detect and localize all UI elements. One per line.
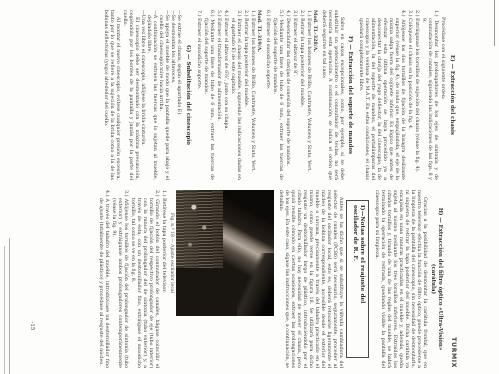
section-h-heading: H) — Extracción del filtro óptico «Ultra… (430, 196, 443, 362)
section-i-boxed-heading: I)—Notas sobre el reajuste del oscilador… (346, 200, 368, 358)
section-g-paragraph: El cinescopio debe ser desmontado con la… (121, 10, 139, 180)
section-f-step: 3.) Extraer el chasis del mueble, siguie… (229, 10, 241, 180)
figure-18-caption: Fig. n.º 18 — Ajuste oscilador local (169, 190, 175, 316)
section-g-heading: G) — Substitución del cinescopio (184, 16, 191, 174)
column-left: E) — Extracción del chasis Procédase con… (101, 10, 459, 180)
section-e-step: 3.) Colóquese el chasis en la posición d… (406, 10, 412, 180)
section-f-step: 2.) Retirar la tapa posterior del mueble… (242, 10, 248, 180)
section-f-step: 5.) Mediante una llave de tubo de 6 mm.,… (271, 10, 283, 180)
section-i-step: 3.) Aflójense los tornillos de fijación … (110, 190, 128, 368)
section-i-step: 4.) A través del taladro del mueble, int… (97, 190, 109, 368)
section-f-step: 5.) Extraer el transformador de alimenta… (215, 10, 221, 180)
column-right: H) — Extracción del filtro óptico «Ultra… (96, 190, 459, 368)
section-e-step: 4.) Aflójense los dos tornillos de fijac… (357, 10, 405, 180)
section-f-step: 4.) Extraer el altavoz de 6¾″, junto con… (222, 10, 228, 180)
photo-chassis-detail (176, 190, 223, 268)
section-e-step: 1.) Desmontar los prolongadores de los e… (420, 10, 438, 180)
section-i-step: 2.) Girando el botón del conmutador de c… (129, 190, 159, 368)
section-i-heading-line1: I)—Notas sobre el reajuste del (358, 205, 365, 353)
scanned-page-canvas: TURMIX E) — Extracción del chasis Procéd… (0, 0, 499, 374)
section-g-paragraph: Al montar el nuevo cinescopio, evítese c… (102, 10, 120, 180)
section-f-step: 4.) Desenchufar las clavijas de conexión… (284, 10, 290, 180)
section-i-step: 1.) Retírese la tapa posterior del telev… (160, 190, 166, 368)
section-f-step: 1.) Extraer los botones de Brillo, Contr… (305, 10, 311, 180)
scan-edge-line (494, 0, 495, 46)
section-i-heading-line2: oscilador de R. F. (350, 205, 357, 353)
section-h-body: Gracias a la posibilidad de desmontar la… (373, 190, 427, 368)
section-e-step: 2.) Extráiganse los tornillos de sujeció… (413, 10, 419, 180)
section-f-step: 1.) Extraer los botones de Brillo, Contr… (249, 10, 255, 180)
section-f-step: 6.) Mediante una llave de tubo de 6 mm.,… (202, 10, 214, 180)
section-f-step: 3.) Extraer el altavoz de 8″. (291, 10, 297, 180)
section-i-intro: Antes se ha dicho que si se substituye l… (277, 190, 343, 368)
section-g-bullet: —Se apoya el mueble de modo que la panta… (157, 10, 169, 180)
section-g-bullet: —Una vez libre el cinescopio, aflójese l… (139, 10, 145, 180)
section-f-step: 2.) Retirar la tapa posterior del mueble… (298, 10, 304, 180)
photo-dark-corner (237, 253, 274, 316)
section-e-intro: Procédase con el siguiente orden: (439, 10, 445, 180)
section-f-heading: F) — Extracción del soporte de mandos (347, 16, 354, 174)
page-number: -15 (29, 296, 35, 356)
section-g-bullet: —Se extrae el chasis, según el apartado … (175, 10, 181, 180)
document-page: TURMIX E) — Extracción del chasis Procéd… (0, 0, 499, 374)
model-label-tl319: Mod. TL-319/A. (256, 10, 262, 180)
model-label-tl328: Mod. TL-328/A. (312, 10, 318, 180)
section-g-bullet: —A continuación se extraen las tuercas q… (145, 10, 157, 180)
scan-edge-line (4, 246, 5, 374)
section-f-intro: Salvo en casos excepcionales, como, por … (320, 10, 344, 180)
section-e-heading: E) — Extracción del chasis (448, 16, 455, 174)
scan-edge-line (9, 238, 10, 374)
section-f-step: 7.) Extraer el susodicho soporte. (195, 10, 201, 180)
section-f-step: 6.) Extraer el susodicho soporte. (264, 10, 270, 180)
figure-18-photo (176, 190, 274, 316)
